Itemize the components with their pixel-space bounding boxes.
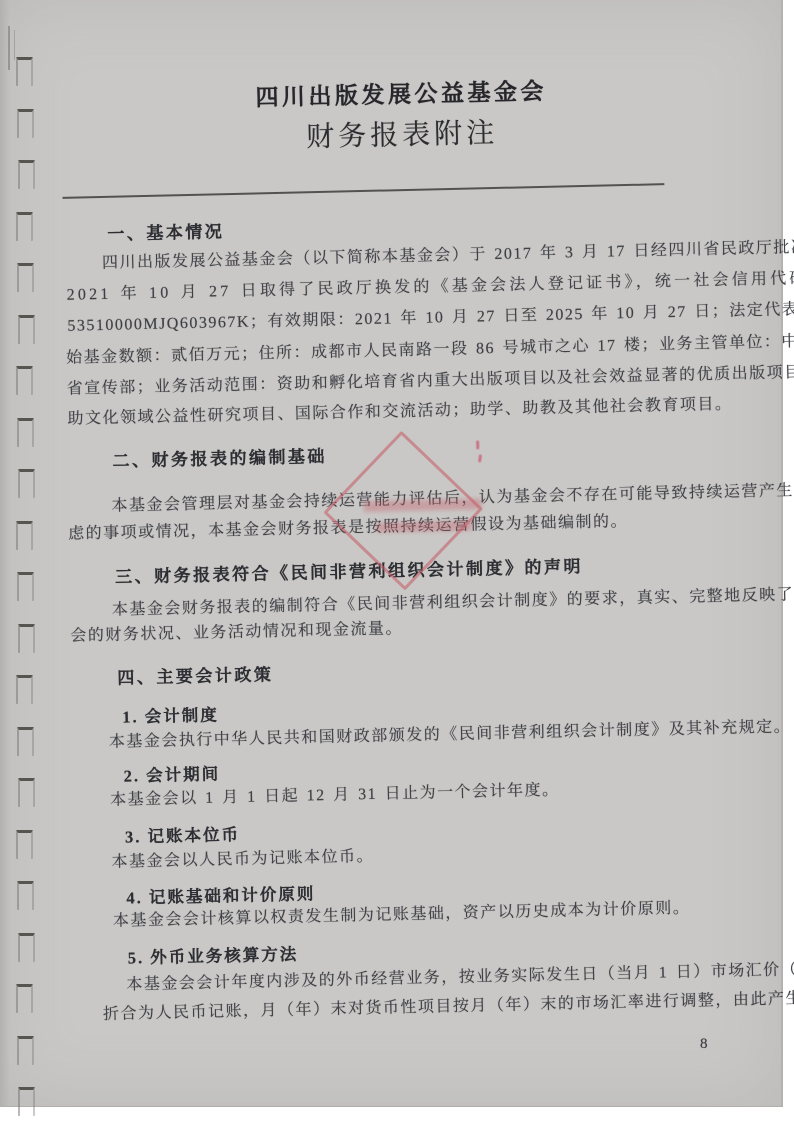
binder-hole-mark (16, 984, 33, 1013)
binder-hole-mark (18, 778, 35, 807)
subsection-heading-1: 1. 会计制度 (122, 701, 219, 727)
subsection-heading-5: 5. 外币业务核算方法 (127, 941, 298, 969)
binder-hole-mark (17, 881, 34, 910)
section-heading-2: 二、财务报表的编制基础 (112, 442, 327, 472)
binder-hole-mark (17, 727, 34, 756)
body-line: 会的财务状况、业务活动情况和现金流量。 (70, 615, 403, 646)
scan-artifact-line (14, 30, 15, 60)
scan-left-edge-shadow (0, 0, 10, 1106)
page-number: 8 (700, 1036, 708, 1053)
section-heading-4: 四、主要会计政策 (117, 660, 274, 689)
section-heading-3: 三、财务报表符合《民间非营利组织会计制度》的声明 (115, 552, 583, 588)
title-divider-line (62, 183, 664, 199)
binder-hole-mark (16, 675, 33, 704)
binder-hole-mark (17, 1036, 34, 1065)
binder-hole-mark (18, 469, 35, 498)
section-heading-1: 一、基本情况 (107, 217, 225, 245)
binder-hole-mark (18, 315, 35, 344)
subsection-heading-2: 2. 会计期间 (123, 760, 220, 786)
red-pen-mark (478, 454, 482, 462)
binder-hole-mark (17, 418, 34, 447)
binder-hole-mark (18, 933, 35, 962)
subsection-heading-3: 3. 记账本位币 (125, 821, 241, 848)
binder-hole-mark (16, 212, 33, 241)
binder-hole-mark (17, 109, 34, 138)
binder-hole-mark (17, 572, 34, 601)
binder-hole-mark (18, 624, 35, 653)
scan-artifact-line (8, 26, 10, 70)
binder-hole-mark (16, 521, 33, 550)
binder-hole-mark (16, 830, 33, 859)
binder-hole-mark (17, 263, 34, 292)
body-line: 本基金会财务报表的编制符合《民间非营利组织会计制度》的要求，真实、完整地反映了本… (112, 580, 794, 620)
document-content: 四川出版发展公益基金会 财务报表附注 一、基本情况 四川出版发展公益基金会（以下… (52, 0, 771, 1122)
binder-hole-mark (18, 160, 35, 189)
binder-hole-mark (16, 366, 33, 395)
body-line: 本基金会以人民币为记账本位币。 (111, 843, 374, 872)
scanned-document-page: 四川出版发展公益基金会 财务报表附注 一、基本情况 四川出版发展公益基金会（以下… (0, 0, 794, 1122)
binder-hole-mark (18, 1087, 35, 1116)
binder-hole-mark (16, 57, 33, 86)
red-pen-mark (476, 440, 479, 449)
